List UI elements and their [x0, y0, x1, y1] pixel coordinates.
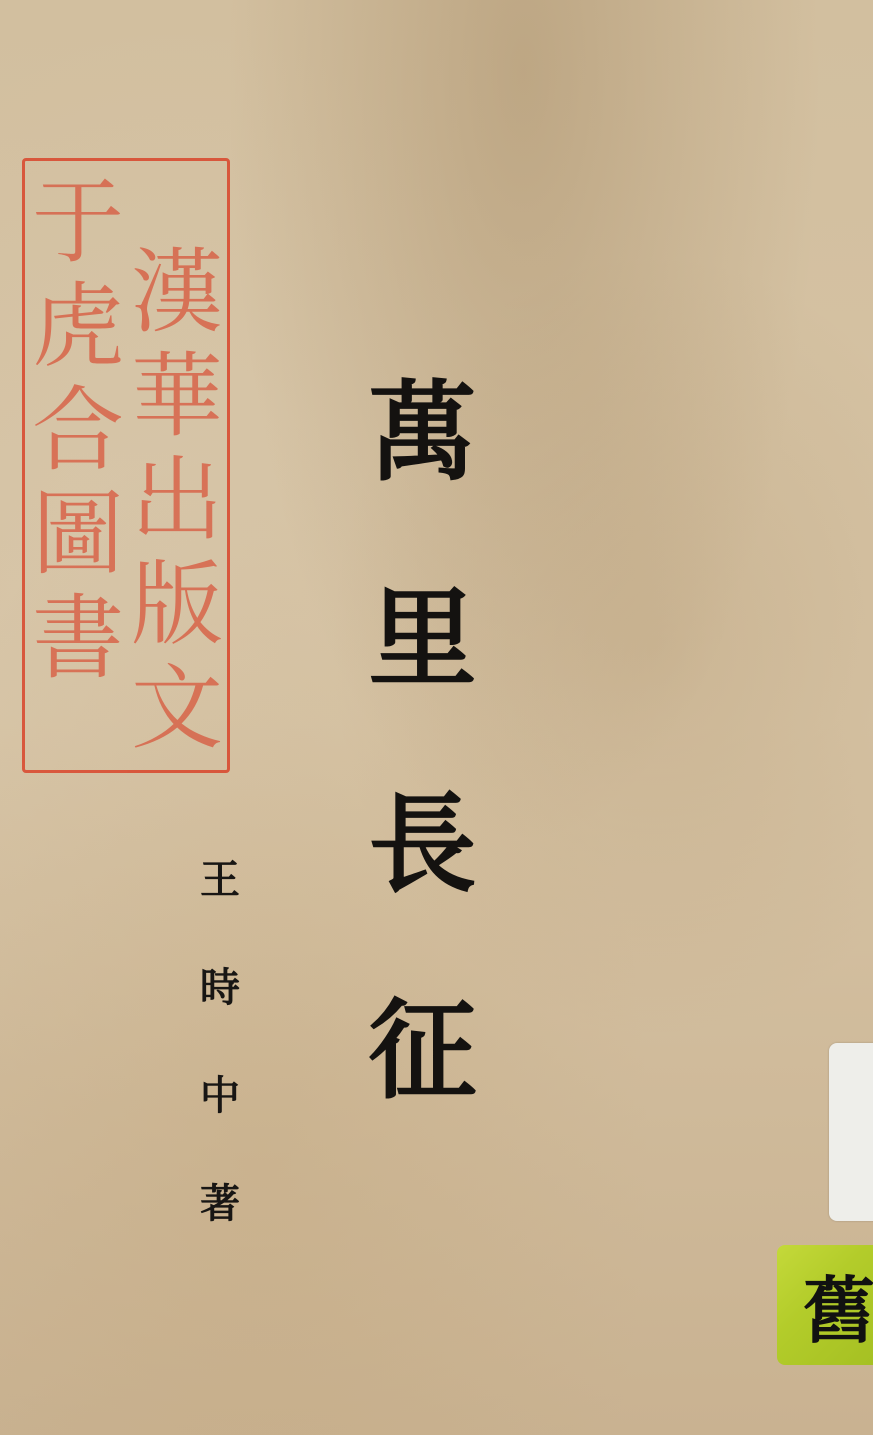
title-char: 征: [368, 948, 476, 1154]
seal-char: 圖: [32, 483, 124, 587]
seal-char: 華: [131, 345, 223, 449]
seal-left-column: 于 虎 合 圖 書: [33, 161, 123, 691]
red-seal-stamp: 于 虎 合 圖 書 漢 華 出 版 文: [22, 158, 230, 773]
library-old-label: 舊: [777, 1245, 873, 1365]
author-char: 著: [200, 1150, 240, 1258]
seal-char: 出: [131, 449, 223, 553]
seal-char: 漢: [131, 241, 223, 345]
blank-library-label: [829, 1043, 873, 1221]
author-char: 王: [200, 826, 240, 934]
title-char: 萬: [368, 330, 476, 536]
title-char: 長: [368, 742, 476, 948]
seal-char: 合: [32, 379, 124, 483]
seal-char: 文: [131, 657, 223, 761]
book-title: 萬 里 長 征: [360, 330, 485, 1154]
author-char: 中: [200, 1042, 240, 1150]
seal-char: 版: [131, 553, 223, 657]
title-char: 里: [368, 536, 476, 742]
author-line: 王 時 中 著: [190, 826, 250, 1258]
label-char: 舊: [803, 1253, 873, 1357]
seal-char: 于: [32, 171, 124, 275]
seal-right-column: 漢 華 出 版 文: [129, 161, 225, 761]
seal-char: 虎: [32, 275, 124, 379]
author-char: 時: [200, 934, 240, 1042]
seal-char: 書: [32, 587, 124, 691]
